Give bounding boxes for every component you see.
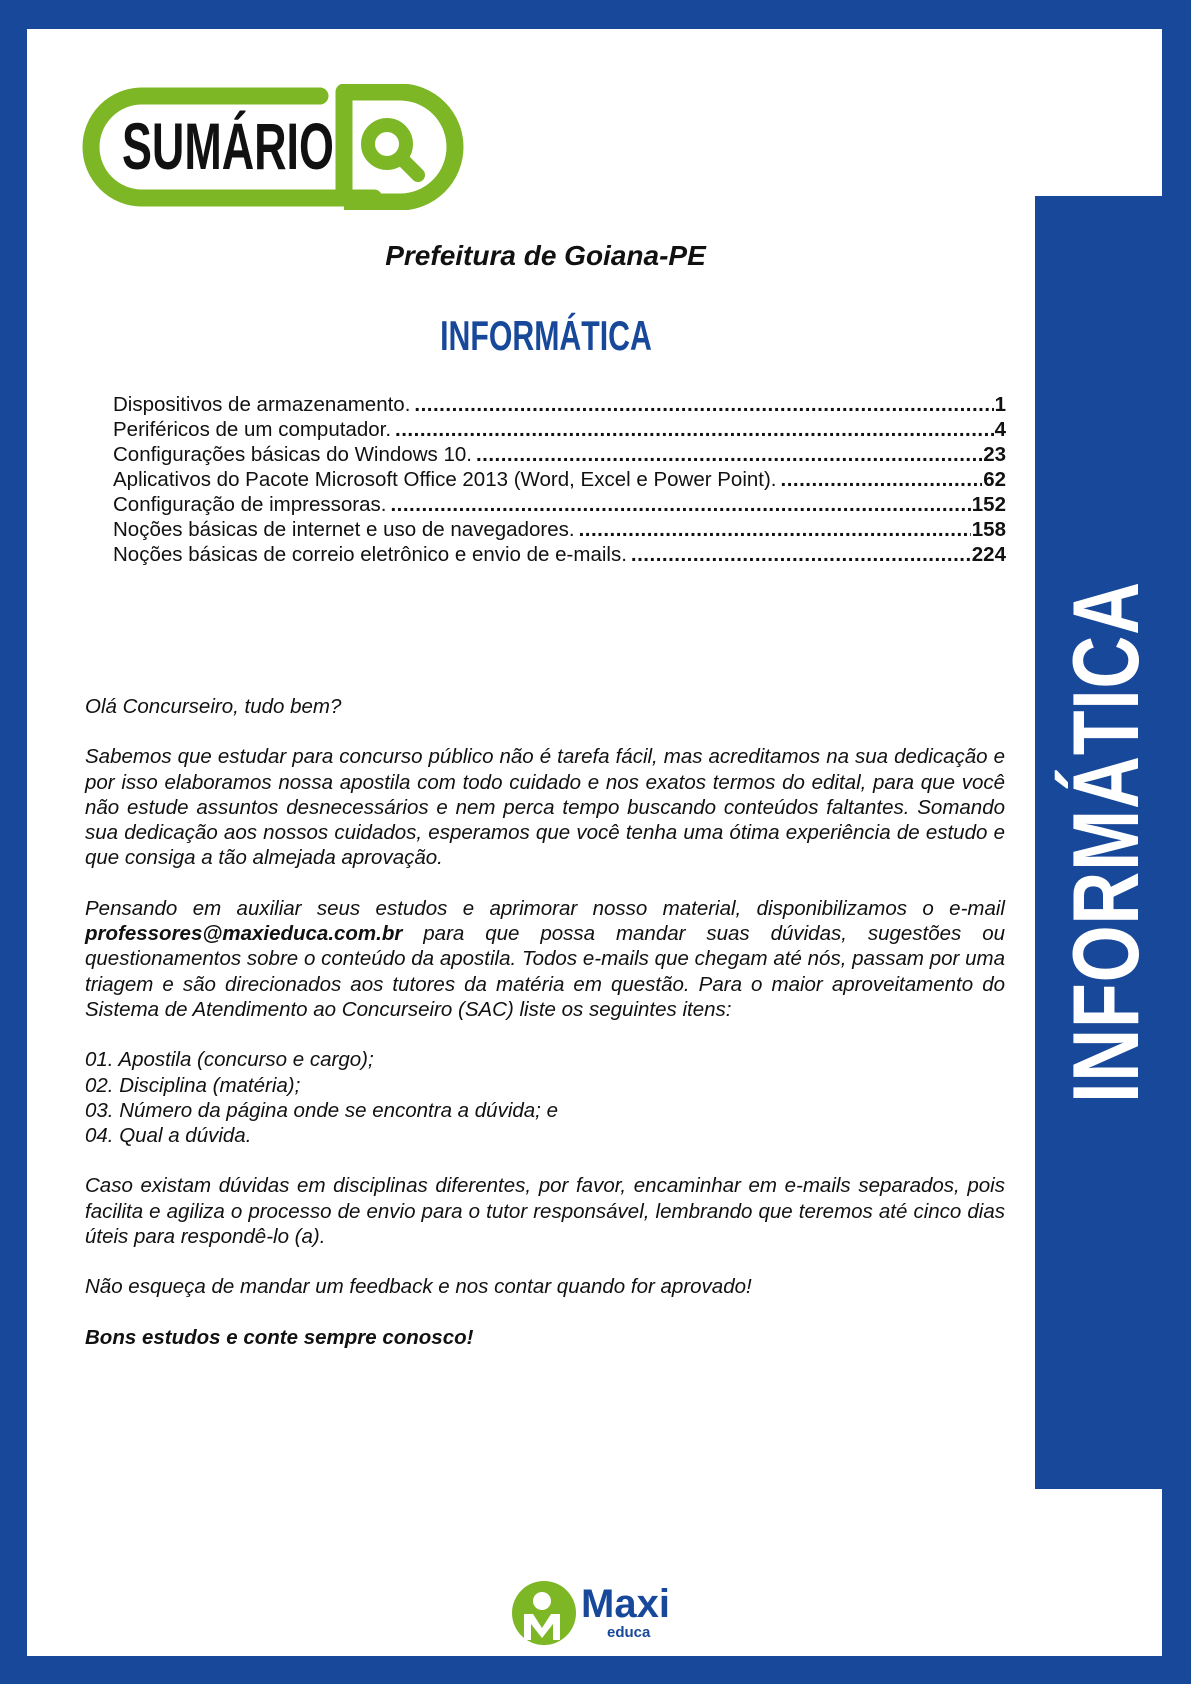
list-item: 01. Apostila (concurso e cargo); xyxy=(85,1047,1005,1072)
toc-leader: ........................................… xyxy=(395,417,994,442)
maxi-person-icon xyxy=(511,1580,577,1646)
toc-label: Aplicativos do Pacote Microsoft Office 2… xyxy=(113,467,777,492)
sac-items-list: 01. Apostila (concurso e cargo); 02. Dis… xyxy=(85,1047,1005,1148)
toc-label: Periféricos de um computador. xyxy=(113,417,391,442)
toc-entry[interactable]: Configurações básicas do Windows 10.....… xyxy=(113,442,1006,467)
footer-brand: Maxi xyxy=(581,1582,670,1626)
toc-leader: ........................................… xyxy=(390,492,970,517)
toc-page-number: 4 xyxy=(994,417,1006,442)
toc-page-number: 62 xyxy=(982,467,1006,492)
list-item: 02. Disciplina (matéria); xyxy=(85,1073,1005,1098)
toc-label: Dispositivos de armazenamento. xyxy=(113,392,410,417)
toc-entry[interactable]: Aplicativos do Pacote Microsoft Office 2… xyxy=(113,467,1006,492)
toc-entry[interactable]: Noções básicas de internet e uso de nave… xyxy=(113,517,1006,542)
toc-label: Configuração de impressoras. xyxy=(113,492,386,517)
contact-email[interactable]: professores@maxieduca.com.br xyxy=(85,922,402,945)
paragraph-4: Não esqueça de mandar um feedback e nos … xyxy=(85,1274,1005,1299)
list-item: 03. Número da página onde se encontra a … xyxy=(85,1098,1005,1123)
toc-leader: ........................................… xyxy=(781,467,983,492)
toc-label: Noções básicas de correio eletrônico e e… xyxy=(113,542,627,567)
search-icon xyxy=(368,125,418,175)
toc-entry[interactable]: Noções básicas de correio eletrônico e e… xyxy=(113,542,1006,567)
closing: Bons estudos e conte sempre conosco! xyxy=(85,1325,1005,1350)
maxi-educa-logo: Maxi educa xyxy=(511,1580,691,1650)
toc-entry[interactable]: Periféricos de um computador. ..........… xyxy=(113,417,1006,442)
paragraph-3: Caso existam dúvidas em disciplinas dife… xyxy=(85,1173,1005,1249)
toc-leader: ........................................… xyxy=(476,442,982,467)
intro-text: Olá Concurseiro, tudo bem? Sabemos que e… xyxy=(85,694,1005,1375)
document-title: Prefeitura de Goiana-PE xyxy=(0,240,1091,272)
sumario-logo: SUMÁRIO xyxy=(82,84,482,210)
toc-leader: ........................................… xyxy=(631,542,971,567)
toc-page-number: 158 xyxy=(971,517,1006,542)
toc-page-number: 152 xyxy=(971,492,1006,517)
toc-entry[interactable]: Dispositivos de armazenamento. .........… xyxy=(113,392,1006,417)
toc-page-number: 23 xyxy=(982,442,1006,467)
toc-leader: ........................................… xyxy=(414,392,993,417)
toc-page-number: 224 xyxy=(971,542,1006,567)
toc-label: Noções básicas de internet e uso de nave… xyxy=(113,517,575,542)
list-item: 04. Qual a dúvida. xyxy=(85,1123,1005,1148)
toc-label: Configurações básicas do Windows 10. xyxy=(113,442,472,467)
toc-leader: ........................................… xyxy=(579,517,971,542)
toc-entry[interactable]: Configuração de impressoras. ...........… xyxy=(113,492,1006,517)
greeting: Olá Concurseiro, tudo bem? xyxy=(85,694,1005,719)
footer-brand-sub: educa xyxy=(607,1624,650,1642)
subject-heading: INFORMÁTICA xyxy=(0,312,1091,360)
paragraph-2: Pensando em auxiliar seus estudos e apri… xyxy=(85,896,1005,1022)
table-of-contents: Dispositivos de armazenamento. .........… xyxy=(113,392,1006,567)
paragraph-1: Sabemos que estudar para concurso públic… xyxy=(85,744,1005,870)
logo-text: SUMÁRIO xyxy=(122,106,334,186)
toc-page-number: 1 xyxy=(994,392,1006,417)
sidebar-subject-label: INFORMÁTICA xyxy=(1052,508,1160,1177)
